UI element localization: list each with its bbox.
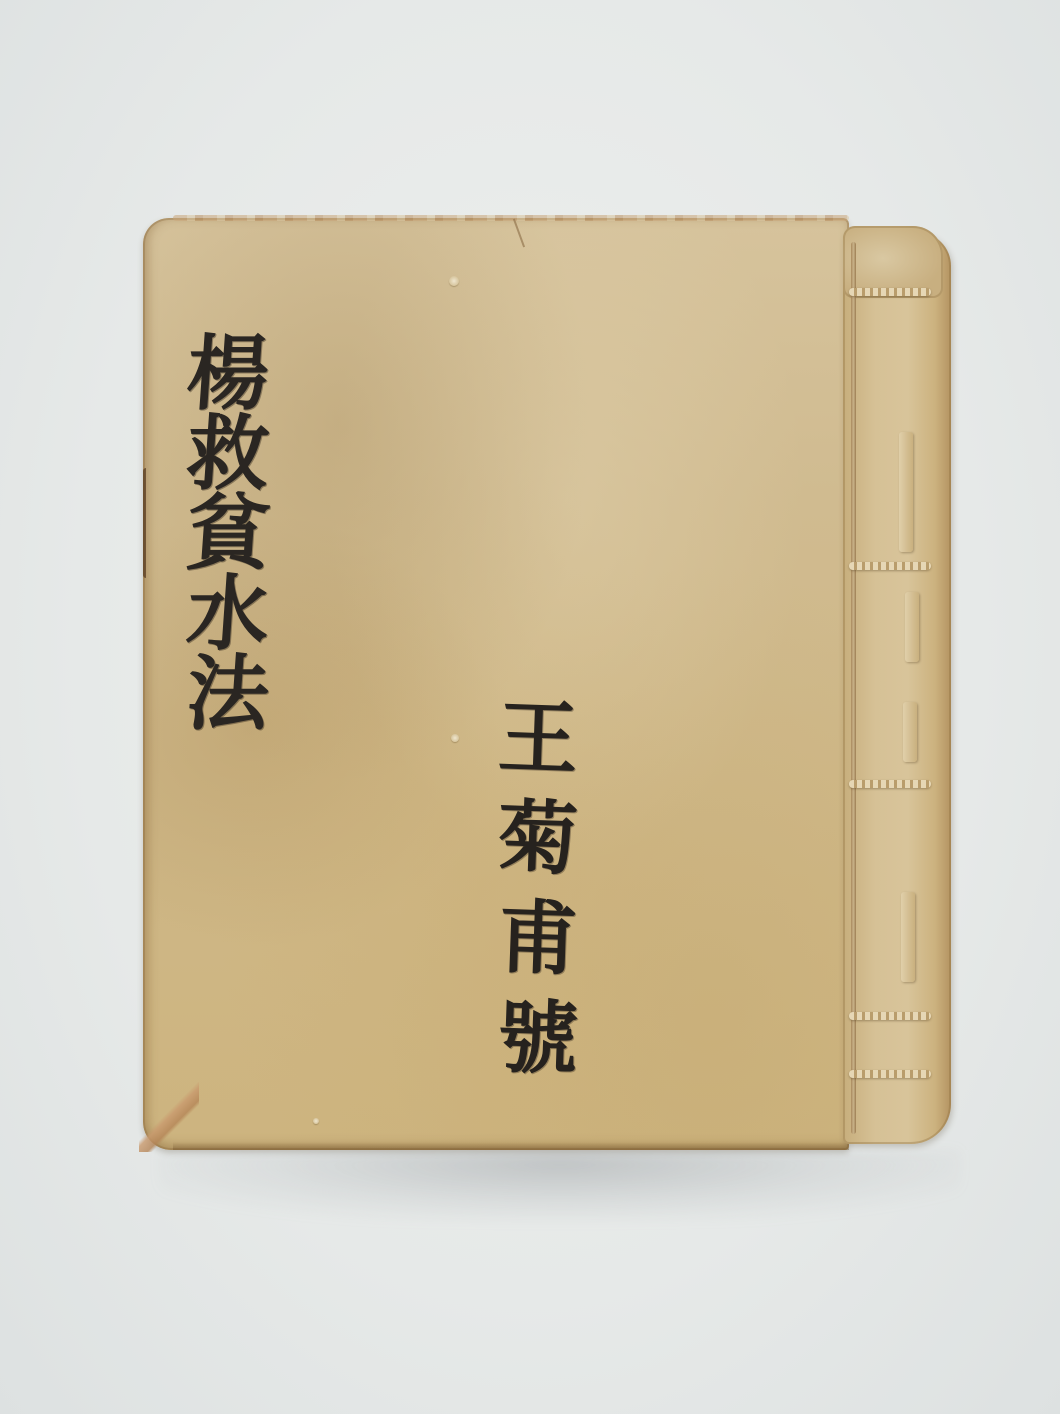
torn-paper-flap bbox=[905, 592, 919, 662]
owner-char: 號 bbox=[496, 987, 579, 1090]
torn-paper-flap bbox=[903, 702, 917, 762]
paper-blemish bbox=[449, 276, 459, 286]
binding-thread-line bbox=[851, 242, 856, 1134]
torn-paper-flap bbox=[901, 892, 915, 982]
binding-stitch bbox=[849, 780, 931, 788]
book-spine bbox=[843, 232, 951, 1144]
binding-stitch bbox=[849, 288, 931, 296]
title-char: 楊 bbox=[184, 334, 272, 414]
photo-scene: 楊 救 貧 水 法 王 菊 甫 號 bbox=[0, 0, 1060, 1414]
book-cover: 楊 救 貧 水 法 王 菊 甫 號 bbox=[143, 218, 849, 1150]
thread-bound-book: 楊 救 貧 水 法 王 菊 甫 號 bbox=[143, 218, 951, 1150]
paper-blemish bbox=[313, 1118, 319, 1124]
title-char: 救 bbox=[184, 414, 272, 494]
owner-char: 甫 bbox=[496, 887, 579, 990]
owner-char: 菊 bbox=[496, 787, 579, 890]
owner-inscription: 王 菊 甫 號 bbox=[478, 688, 598, 1088]
torn-paper-flap bbox=[899, 432, 913, 552]
binding-stitch bbox=[849, 1012, 931, 1020]
title-char: 貧 bbox=[184, 494, 272, 574]
book-title: 楊 救 貧 水 法 bbox=[173, 334, 283, 734]
owner-char: 王 bbox=[496, 687, 579, 790]
title-char: 水 bbox=[184, 574, 272, 654]
binding-stitch bbox=[849, 1070, 931, 1078]
edge-tear bbox=[143, 468, 149, 578]
title-char: 法 bbox=[184, 654, 272, 734]
worn-corner bbox=[139, 1082, 199, 1152]
paper-blemish bbox=[451, 734, 459, 742]
binding-stitch bbox=[849, 562, 931, 570]
book-shadow bbox=[160, 1150, 960, 1220]
top-tear bbox=[513, 219, 525, 248]
